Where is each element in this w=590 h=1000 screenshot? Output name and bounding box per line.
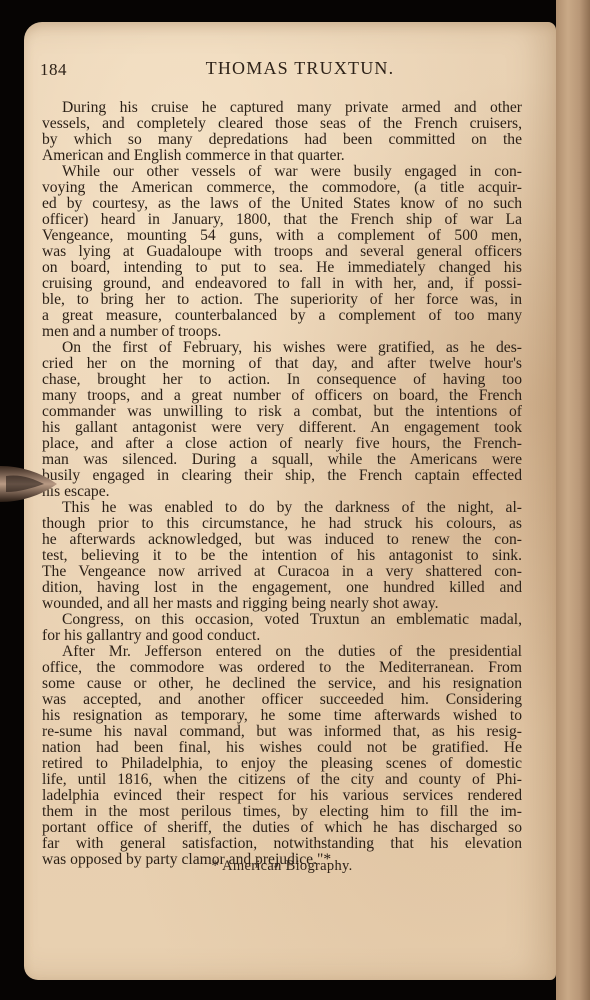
text-line: chase, brought her to action. In consequ… (42, 372, 522, 388)
text-line: American and English commerce in that qu… (42, 148, 522, 164)
paragraph: This he was enabled to do by the darknes… (42, 500, 522, 612)
text-line: was accepted, and another officer succee… (42, 692, 522, 708)
text-line: commander was unwilling to risk a combat… (42, 404, 522, 420)
text-line: During his cruise he captured many priva… (42, 100, 522, 116)
text-line: office, the commodore was ordered to the… (42, 660, 522, 676)
book-spine-next-page (556, 0, 590, 1000)
text-line: he afterwards acknowledged, but was indu… (42, 532, 522, 548)
text-line: officer) heard in January, 1800, that th… (42, 212, 522, 228)
running-head: THOMAS TRUXTUN. (40, 58, 520, 79)
text-line: many troops, and a great number of offic… (42, 388, 522, 404)
text-line: was lying at Guadaloupe with troops and … (42, 244, 522, 260)
text-line: dition, having lost in the engagement, o… (42, 580, 522, 596)
text-line: cried her on the morning of that day, an… (42, 356, 522, 372)
text-line: by which so many depredations had been c… (42, 132, 522, 148)
text-line: on board, intending to put to sea. He im… (42, 260, 522, 276)
page-header: 184 THOMAS TRUXTUN. (40, 58, 520, 82)
body-text: During his cruise he captured many priva… (42, 100, 522, 868)
text-line: This he was enabled to do by the darknes… (42, 500, 522, 516)
text-line: vessels, and completely cleared those se… (42, 116, 522, 132)
text-line: Vengeance, mounting 54 guns, with a comp… (42, 228, 522, 244)
text-line: While our other vessels of war were busi… (42, 164, 522, 180)
paragraph: While our other vessels of war were busi… (42, 164, 522, 340)
text-line: them in the most perilous times, by elec… (42, 804, 522, 820)
text-line: retired to Philadelphia, to enjoy the pl… (42, 756, 522, 772)
text-line: After Mr. Jefferson entered on the dutie… (42, 644, 522, 660)
text-line: On the first of February, his wishes wer… (42, 340, 522, 356)
text-line: busily engaged in clearing their ship, t… (42, 468, 522, 484)
text-line: ble, to bring her to action. The superio… (42, 292, 522, 308)
text-line: his gallant antagonist were very differe… (42, 420, 522, 436)
text-line: test, believing it to be the intention o… (42, 548, 522, 564)
paragraph: During his cruise he captured many priva… (42, 100, 522, 164)
text-line: some cause or other, he declined the ser… (42, 676, 522, 692)
text-line: portant office of sheriff, the duties of… (42, 820, 522, 836)
paragraph: Congress, on this occasion, voted Truxtu… (42, 612, 522, 644)
text-line: his escape. (42, 484, 522, 500)
text-line: nation had been final, his wishes could … (42, 740, 522, 756)
footnote: * American Biography. (42, 858, 522, 875)
text-line: his resignation as temporary, he some ti… (42, 708, 522, 724)
text-line: a great measure, counterbalanced by a co… (42, 308, 522, 324)
paragraph: On the first of February, his wishes wer… (42, 340, 522, 500)
text-line: wounded, and all her masts and rigging b… (42, 596, 522, 612)
text-line: far with general satisfaction, notwithst… (42, 836, 522, 852)
text-line: cruising ground, and endeavored to fall … (42, 276, 522, 292)
text-line: life, until 1816, when the citizens of t… (42, 772, 522, 788)
text-line: man was silenced. During a squall, while… (42, 452, 522, 468)
text-line: voying the American commerce, the commod… (42, 180, 522, 196)
text-line: though prior to this circumstance, he ha… (42, 516, 522, 532)
text-line: place, and after a close action of nearl… (42, 436, 522, 452)
text-line: Congress, on this occasion, voted Truxtu… (42, 612, 522, 628)
text-line: for his gallantry and good conduct. (42, 628, 522, 644)
paragraph: After Mr. Jefferson entered on the dutie… (42, 644, 522, 868)
thumb-holding-page (0, 462, 58, 506)
text-line: re-sume his naval command, but was infor… (42, 724, 522, 740)
text-line: The Vengeance now arrived at Curacoa in … (42, 564, 522, 580)
text-line: ladelphia evinced their respect for his … (42, 788, 522, 804)
text-line: men and a number of troops. (42, 324, 522, 340)
text-line: ed by courtesy, as the laws of the Unite… (42, 196, 522, 212)
